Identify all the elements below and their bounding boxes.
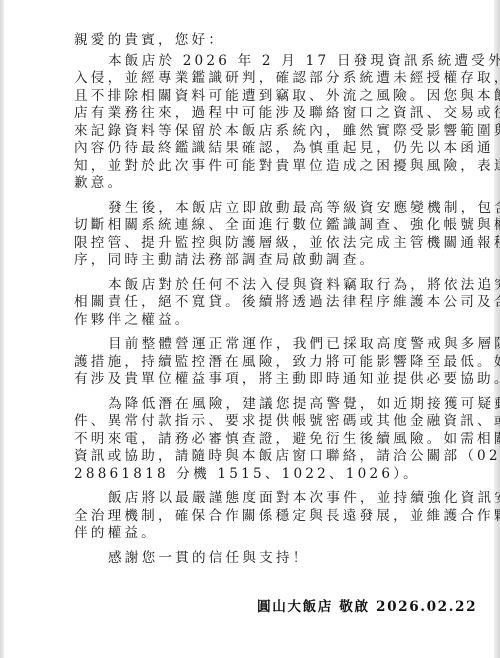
- letter-body: 親愛的貴賓，您好： 本飯店於 2026 年 2 月 17 日發現資訊系統遭受外部…: [74, 32, 424, 567]
- paragraph-legal: 本飯店對於任何不法入侵與資料竊取行為，將依法追究 相關責任，絕不寬貸。後續將透過…: [74, 277, 424, 330]
- paragraph-line: 本飯店於 2026 年 2 月 17 日發現資訊系統遭受外部不法: [74, 53, 424, 71]
- paragraph-line: 資訊或協助，請隨時與本飯店窗口聯絡，請洽公關部（02-: [74, 448, 424, 466]
- paragraph-line: 歉意。: [74, 175, 424, 193]
- paragraph-line: 目前整體營運正常運作，我們已採取高度警戒與多層防: [74, 336, 424, 354]
- paragraph-line: 且不排除相關資料可能遭到竊取、外流之風險。因您與本飯: [74, 88, 424, 106]
- paragraph-line: 知，並對於此次事件可能對貴單位造成之困擾與風險，表達: [74, 158, 424, 176]
- paragraph-line: 伴的權益。: [74, 525, 424, 543]
- paragraph-line: 相關責任，絕不寬貸。後續將透過法律程序維護本公司及合: [74, 294, 424, 312]
- paragraph-line: 切斷相關系統連線、全面進行數位鑑識調查、強化帳號與權: [74, 217, 424, 235]
- paragraph-operations: 目前整體營運正常運作，我們已採取高度警戒與多層防 護措施，持續監控潛在風險，致力…: [74, 336, 424, 389]
- paragraph-line: 序，同時主動請法務部調查局啟動調查。: [74, 252, 424, 270]
- paragraph-line: 入侵，並經專業鑑識研判，確認部分系統遭未經授權存取，: [74, 70, 424, 88]
- paragraph-line: 護措施，持續監控潛在風險，致力將可能影響降至最低。如: [74, 354, 424, 372]
- paragraph-response: 發生後，本飯店立即啟動最高等級資安應變機制，包含 切斷相關系統連線、全面進行數位…: [74, 200, 424, 270]
- paragraph-line: 限控管、提升監控與防護層級，並依法完成主管機關通報程: [74, 235, 424, 253]
- paragraph-commitment: 飯店將以最嚴謹態度面對本次事件，並持續強化資訊安 全治理機制，確保合作關係穩定與…: [74, 490, 424, 543]
- paragraph-line: 飯店將以最嚴謹態度面對本次事件，並持續強化資訊安: [74, 490, 424, 508]
- paragraph-line: 作夥伴之權益。: [74, 312, 424, 330]
- paragraph-advice: 為降低潛在風險，建議您提高警覺，如近期接獲可疑郵 件、異常付款指示、要求提供帳號…: [74, 396, 424, 484]
- paragraph-incident: 本飯店於 2026 年 2 月 17 日發現資訊系統遭受外部不法 入侵，並經專業…: [74, 53, 424, 193]
- paragraph-line: 全治理機制，確保合作關係穩定與長遠發展，並維護合作夥: [74, 508, 424, 526]
- contact-line: 28861818 分機 1515、1022、1026）。: [74, 466, 424, 484]
- paragraph-line: 內容仍待最終鑑識結果確認，為慎重起見，仍先以本函通: [74, 140, 424, 158]
- paragraph-line: 店有業務往來，過程中可能涉及聯絡窗口之資訊、交易或往: [74, 105, 424, 123]
- paragraph-line: 來記錄資料等保留於本飯店系統內，雖然實際受影響範圍與: [74, 123, 424, 141]
- paragraph-line: 為降低潛在風險，建議您提高警覺，如近期接獲可疑郵: [74, 396, 424, 414]
- paragraph-line: 本飯店對於任何不法入侵與資料竊取行為，將依法追究: [74, 277, 424, 295]
- paragraph-line: 件、異常付款指示、要求提供帳號密碼或其他金融資訊、或: [74, 413, 424, 431]
- page-edge-left: [0, 0, 4, 658]
- closing-thanks: 感謝您一貫的信任與支持！: [74, 550, 424, 568]
- signature: 圓山大飯店 敬啟 2026.02.22: [257, 595, 477, 615]
- paragraph-line: 發生後，本飯店立即啟動最高等級資安應變機制，包含: [74, 200, 424, 218]
- paragraph-line: 不明來電，請務必審慎查證，避免衍生後續風險。如需相關: [74, 431, 424, 449]
- paragraph-line: 有涉及貴單位權益事項，將主動即時通知並提供必要協助。: [74, 371, 424, 389]
- greeting: 親愛的貴賓，您好：: [74, 32, 424, 50]
